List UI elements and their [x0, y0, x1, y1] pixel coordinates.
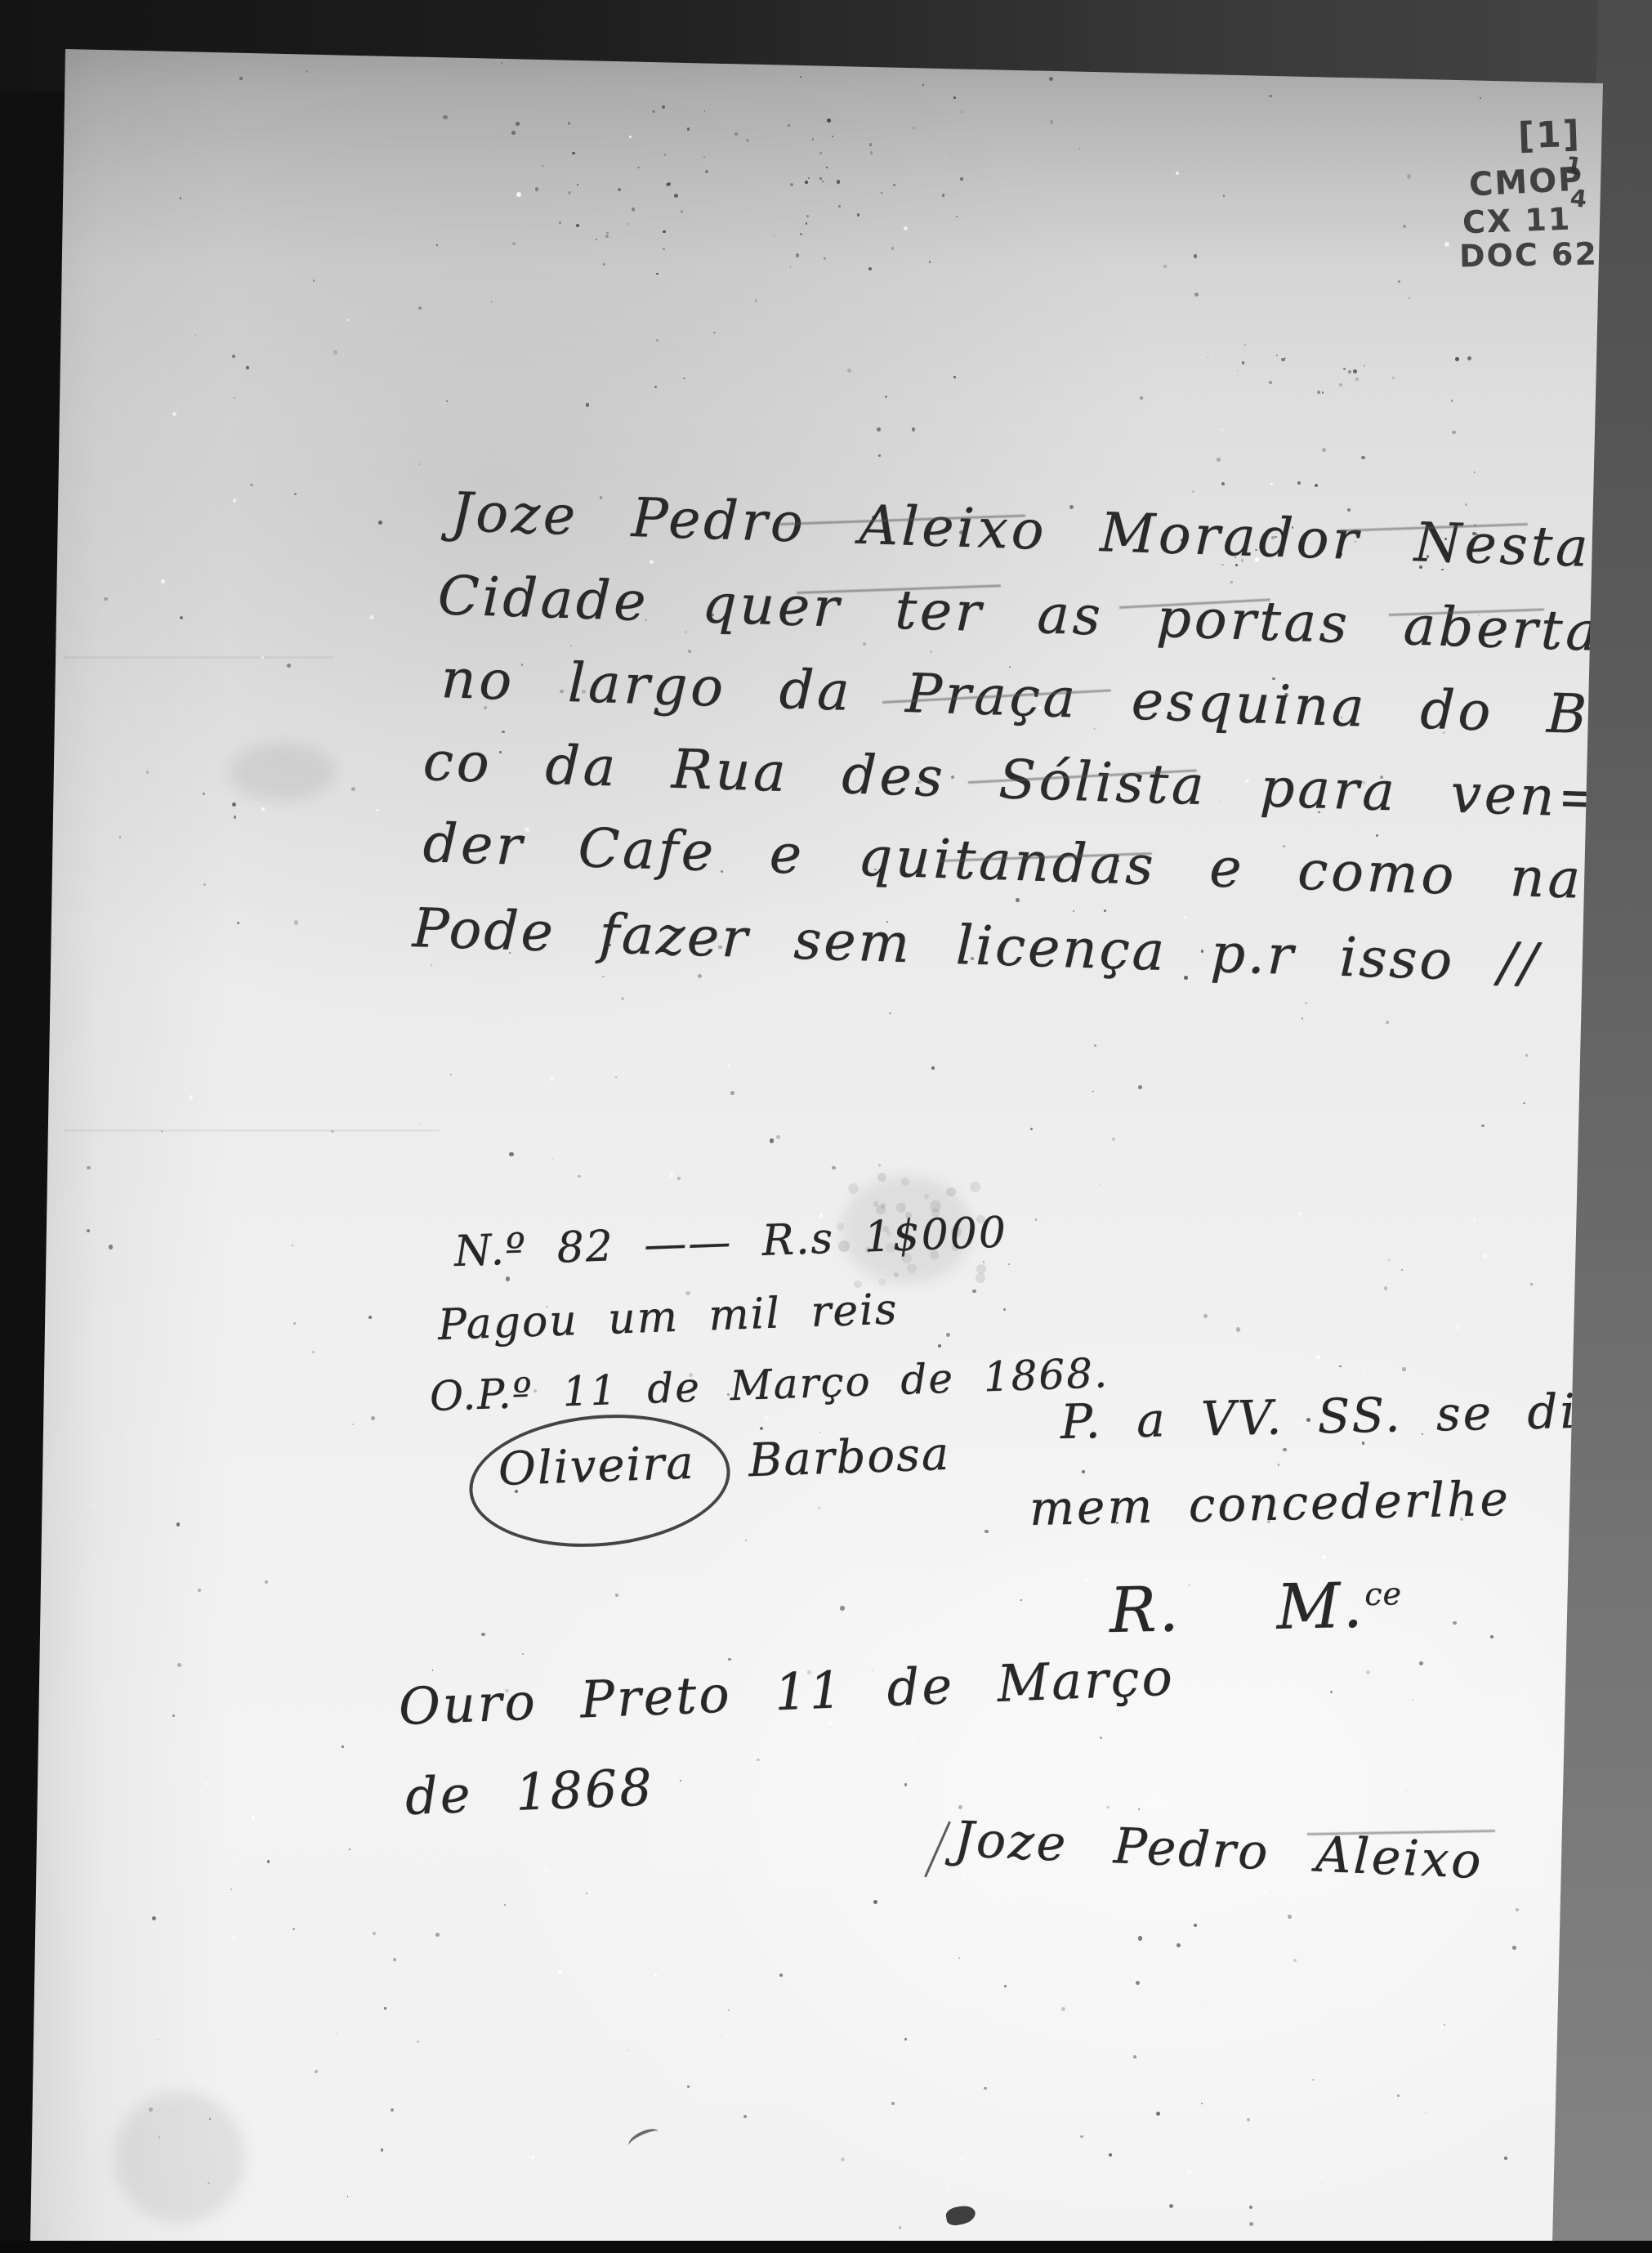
noise-speck: [1156, 2112, 1160, 2116]
noise-speck: [838, 205, 841, 208]
noise-speck: [728, 1658, 731, 1661]
noise-speck: [728, 2009, 730, 2011]
noise-speck: [961, 2157, 964, 2161]
noise-speck: [1138, 1936, 1142, 1940]
noise-speck: [435, 1933, 440, 1937]
noise-speck: [664, 154, 667, 156]
noise-speck: [371, 1416, 375, 1420]
noise-speck: [572, 152, 575, 155]
noise-speck: [770, 1138, 774, 1142]
noise-speck: [1317, 391, 1320, 394]
noise-speck: [1176, 1943, 1181, 1947]
noise-speck: [1388, 1259, 1390, 1261]
noise-speck: [904, 226, 908, 230]
noise-speck: [1364, 1372, 1365, 1374]
noise-speck: [1315, 484, 1318, 487]
noise-speck: [198, 1589, 201, 1592]
noise-speck: [946, 1333, 950, 1337]
noise-speck: [545, 1867, 549, 1871]
noise-speck: [1106, 1806, 1109, 1808]
noise-speck: [812, 138, 815, 141]
noise-speck: [315, 2070, 318, 2073]
noise-speck: [159, 2136, 161, 2139]
noise-speck: [730, 1091, 734, 1094]
noise-speck: [418, 306, 422, 310]
scan-background-bottom: [0, 2241, 1652, 2253]
noise-speck: [1403, 225, 1406, 228]
noise-speck: [757, 1759, 760, 1762]
noise-speck: [790, 266, 792, 268]
noise-speck: [1474, 472, 1476, 473]
noise-speck: [1244, 344, 1246, 346]
noise-speck: [680, 1780, 681, 1781]
noise-speck: [857, 213, 860, 217]
noise-speck: [293, 1322, 295, 1324]
dispatch-closing: R. M.ce: [1109, 1568, 1403, 1647]
noise-speck: [1003, 1308, 1006, 1311]
noise-speck: [713, 332, 715, 333]
noise-speck: [92, 1504, 94, 1506]
noise-speck: [347, 2196, 349, 2197]
closing-abbreviation: R. M.: [1109, 1568, 1365, 1647]
noise-speck: [615, 1594, 618, 1597]
noise-speck: [1465, 503, 1468, 507]
noise-speck: [512, 242, 516, 245]
noise-speck: [535, 187, 538, 190]
noise-speck: [172, 412, 176, 416]
noise-speck: [203, 883, 206, 886]
noise-speck: [1270, 483, 1273, 485]
noise-speck: [349, 1848, 350, 1850]
noise-speck: [600, 2159, 602, 2161]
noise-speck: [149, 2108, 153, 2112]
noise-speck: [491, 301, 493, 302]
noise-speck: [1305, 1002, 1307, 1004]
noise-speck: [663, 248, 665, 250]
noise-speck: [1187, 2170, 1191, 2174]
place-date-line-2: de 1868: [404, 1757, 655, 1826]
noise-speck: [1016, 898, 1020, 902]
noise-speck: [667, 182, 671, 186]
noise-speck: [970, 1182, 981, 1193]
noise-speck: [261, 656, 264, 659]
noise-speck: [958, 1957, 960, 1959]
noise-speck: [516, 122, 520, 126]
noise-speck: [418, 463, 420, 465]
noise-speck: [1401, 1269, 1403, 1271]
noise-speck: [976, 1264, 986, 1274]
noise-speck: [1322, 391, 1324, 393]
noise-speck: [893, 184, 895, 186]
noise-speck: [808, 177, 810, 179]
noise-speck: [554, 2137, 556, 2139]
noise-speck: [1281, 358, 1284, 361]
noise-speck: [894, 1272, 899, 1277]
noise-speck: [929, 261, 931, 263]
noise-speck: [924, 1194, 929, 1199]
noise-speck: [443, 115, 447, 119]
noise-speck: [1444, 2024, 1445, 2026]
noise-speck: [656, 339, 659, 342]
noise-speck: [1467, 356, 1471, 360]
noise-speck: [1163, 265, 1167, 268]
noise-speck: [230, 1889, 232, 1890]
scan-noise: [0, 0, 1652, 2253]
noise-speck: [1490, 1635, 1493, 1638]
noise-speck: [237, 922, 239, 924]
noise-speck: [602, 976, 604, 977]
noise-speck: [790, 183, 794, 187]
noise-speck: [119, 836, 122, 838]
noise-speck: [1504, 2157, 1507, 2160]
noise-speck: [603, 263, 605, 266]
noise-speck: [827, 118, 831, 123]
noise-speck: [1206, 2004, 1208, 2005]
noise-speck: [1136, 1981, 1140, 1985]
noise-speck: [1512, 1946, 1516, 1950]
noise-speck: [1283, 1448, 1287, 1452]
noise-speck: [1455, 1325, 1459, 1330]
noise-speck: [776, 1135, 780, 1139]
noise-speck: [109, 1245, 113, 1249]
noise-speck: [704, 110, 706, 112]
noise-speck: [1201, 2103, 1203, 2104]
noise-speck: [806, 222, 808, 225]
noise-speck: [550, 1077, 554, 1081]
noise-speck: [176, 1522, 180, 1526]
noise-speck: [516, 192, 521, 197]
noise-speck: [881, 192, 882, 194]
noise-speck: [1263, 1891, 1267, 1895]
noise-speck: [1221, 429, 1223, 431]
noise-speck: [1247, 2118, 1250, 2121]
noise-speck: [559, 221, 560, 223]
noise-speck: [1079, 148, 1081, 150]
noise-speck: [1100, 1184, 1101, 1186]
noise-speck: [1343, 368, 1346, 370]
noise-speck: [1361, 456, 1365, 460]
noise-speck: [1073, 910, 1074, 912]
noise-speck: [352, 1424, 355, 1426]
noise-speck: [246, 366, 249, 369]
noise-speck: [294, 493, 297, 495]
noise-speck: [1376, 834, 1378, 837]
noise-speck: [847, 369, 851, 373]
dispatch-line-2: mem concederlhe: [1029, 1471, 1511, 1536]
noise-speck: [1223, 194, 1226, 197]
noise-speck: [687, 127, 690, 130]
noise-speck: [1049, 77, 1053, 81]
noise-speck: [294, 920, 298, 924]
noise-speck: [1397, 2094, 1400, 2097]
noise-speck: [1203, 1314, 1208, 1318]
noise-speck: [1312, 2079, 1315, 2081]
noise-speck: [250, 484, 252, 486]
noise-speck: [911, 1737, 914, 1741]
noise-speck: [681, 210, 683, 212]
noise-speck: [1084, 1579, 1088, 1583]
noise-speck: [734, 132, 738, 136]
noise-speck: [841, 2157, 845, 2161]
noise-speck: [863, 642, 866, 646]
noise-speck: [87, 1229, 90, 1232]
noise-speck: [180, 616, 184, 620]
noise-speck: [806, 215, 809, 217]
noise-speck: [1269, 95, 1272, 98]
noise-speck: [1169, 2204, 1173, 2208]
noise-speck: [956, 216, 958, 218]
noise-speck: [605, 235, 609, 238]
noise-speck: [743, 2115, 747, 2118]
noise-speck: [232, 802, 236, 807]
noise-speck: [1184, 916, 1186, 919]
noise-speck: [205, 1782, 208, 1786]
noise-speck: [1082, 1470, 1085, 1473]
noise-speck: [511, 131, 516, 135]
noise-speck: [1100, 1737, 1102, 1739]
noise-speck: [1402, 1367, 1405, 1370]
noise-speck: [172, 1714, 176, 1718]
noise-speck: [942, 194, 945, 197]
paper-sheet: [1] CMOP 1 4 CX 11 DOC 62 Joze Pedro Ale…: [0, 0, 1652, 2253]
noise-speck: [1176, 172, 1179, 175]
noise-speck: [946, 1187, 956, 1197]
noise-speck: [1298, 1211, 1302, 1215]
noise-speck: [629, 136, 632, 138]
noise-speck: [1288, 1915, 1292, 1919]
noise-speck: [904, 1783, 908, 1786]
noise-speck: [984, 2087, 986, 2090]
noise-speck: [558, 1970, 561, 1974]
noise-speck: [1316, 1355, 1320, 1359]
noise-speck: [234, 397, 236, 400]
noise-speck: [688, 650, 691, 653]
noise-speck: [1384, 1286, 1388, 1290]
noise-speck: [189, 1095, 194, 1100]
noise-speck: [1092, 1091, 1094, 1093]
noise-speck: [1322, 448, 1326, 452]
noise-speck: [1140, 396, 1143, 400]
noise-speck: [615, 1076, 617, 1078]
noise-speck: [1020, 1599, 1022, 1601]
noise-speck: [252, 1816, 255, 1819]
noise-speck: [146, 771, 150, 774]
noise-speck: [1525, 1054, 1528, 1057]
noise-speck: [901, 1178, 909, 1186]
noise-speck: [1138, 1808, 1140, 1810]
noise-speck: [1392, 377, 1395, 379]
noise-speck: [1030, 1128, 1033, 1130]
noise-speck: [669, 1173, 674, 1178]
noise-speck: [878, 454, 881, 457]
noise-speck: [1242, 361, 1244, 364]
noise-speck: [764, 1416, 767, 1419]
noise-speck: [953, 96, 956, 99]
noise-speck: [436, 244, 438, 246]
noise-speck: [1194, 1924, 1197, 1927]
noise-speck: [1455, 357, 1459, 361]
noise-speck: [1407, 174, 1411, 178]
noise-speck: [958, 1805, 962, 1809]
noise-speck: [1302, 1017, 1303, 1019]
noise-speck: [203, 793, 205, 795]
noise-speck: [446, 400, 448, 402]
noise-speck: [891, 2102, 895, 2105]
noise-speck: [627, 2050, 628, 2051]
noise-speck: [826, 167, 828, 168]
noise-speck: [596, 239, 597, 240]
noise-speck: [1516, 1908, 1519, 1911]
noise-speck: [1230, 581, 1233, 583]
noise-speck: [930, 650, 932, 653]
noise-speck: [779, 1974, 783, 1977]
noise-speck: [633, 211, 635, 212]
noise-speck: [1004, 1985, 1007, 1987]
noise-speck: [373, 1932, 376, 1935]
noise-speck: [972, 1290, 976, 1293]
noise-speck: [208, 2182, 210, 2184]
noise-speck: [621, 997, 624, 1000]
noise-speck: [384, 2007, 386, 2009]
noise-speck: [822, 181, 824, 182]
noise-speck: [1409, 297, 1410, 299]
noise-speck: [985, 1530, 989, 1534]
noise-speck: [1035, 1218, 1037, 1220]
noise-speck: [346, 319, 349, 321]
noise-speck: [336, 2033, 337, 2035]
noise-speck: [531, 2156, 534, 2159]
noise-speck: [231, 1935, 234, 1938]
noise-speck: [420, 1124, 422, 1125]
noise-speck: [586, 403, 589, 406]
noise-speck: [1426, 2112, 1427, 2113]
noise-speck: [654, 386, 657, 388]
noise-speck: [1412, 1699, 1413, 1701]
noise-speck: [261, 807, 265, 811]
noise-speck: [1322, 1555, 1326, 1559]
noise-speck: [663, 230, 665, 233]
noise-speck: [654, 1974, 656, 1976]
noise-speck: [837, 180, 840, 183]
noise-speck: [1208, 357, 1209, 359]
noise-speck: [1480, 97, 1481, 99]
noise-speck: [152, 1916, 156, 1920]
noise-speck: [727, 1064, 730, 1066]
noise-speck: [818, 1507, 820, 1509]
noise-speck: [726, 2035, 727, 2036]
noise-speck: [983, 1261, 985, 1263]
noise-speck: [1109, 2153, 1112, 2157]
noise-speck: [637, 167, 639, 168]
noise-speck: [824, 257, 826, 260]
noise-speck: [509, 1152, 513, 1156]
noise-speck: [949, 154, 951, 156]
noise-speck: [746, 139, 749, 142]
noise-speck: [177, 1663, 181, 1667]
noise-speck: [331, 1130, 334, 1133]
noise-speck: [313, 279, 315, 281]
noise-speck: [1398, 280, 1400, 283]
noise-speck: [1276, 355, 1278, 356]
noise-speck: [891, 247, 895, 250]
noise-speck: [381, 2148, 384, 2152]
noise-speck: [1133, 2055, 1136, 2058]
noise-speck: [1348, 370, 1351, 373]
noise-speck: [333, 350, 337, 354]
stamp-fraction-denominator: 4: [1569, 184, 1590, 213]
noise-speck: [1473, 1219, 1476, 1222]
noise-speck: [576, 224, 579, 227]
noise-speck: [265, 1580, 268, 1584]
scanned-manuscript-page: [1] CMOP 1 4 CX 11 DOC 62 Joze Pedro Ale…: [0, 0, 1652, 2253]
noise-speck: [755, 299, 757, 302]
noise-speck: [953, 376, 956, 378]
noise-speck: [369, 615, 374, 620]
noise-speck: [745, 1540, 747, 1541]
noise-speck: [462, 2076, 463, 2077]
noise-speck: [1355, 378, 1359, 381]
noise-speck: [1451, 400, 1453, 402]
clerk-signature-last: Barbosa: [748, 1428, 951, 1488]
noise-speck: [306, 70, 308, 73]
noise-speck: [828, 1721, 833, 1725]
noise-speck: [180, 197, 181, 199]
noise-speck: [698, 974, 702, 978]
noise-speck: [577, 184, 578, 186]
noise-speck: [342, 1746, 345, 1749]
noise-speck: [873, 1900, 877, 1904]
noise-speck: [1353, 369, 1357, 373]
noise-speck: [618, 188, 621, 191]
noise-speck: [1237, 370, 1239, 372]
noise-speck: [161, 1130, 163, 1133]
noise-speck: [976, 1273, 985, 1283]
noise-speck: [904, 2038, 906, 2040]
noise-speck: [431, 964, 432, 966]
noise-speck: [899, 2226, 901, 2228]
noise-speck: [287, 664, 291, 668]
stamp-document-label: DOC 62: [1459, 236, 1599, 275]
noise-speck: [687, 2085, 690, 2088]
closing-superscript: ce: [1364, 1576, 1403, 1612]
noise-speck: [368, 1316, 372, 1319]
noise-speck: [87, 1166, 91, 1170]
noise-speck: [1293, 1959, 1297, 1962]
noise-speck: [1297, 481, 1301, 485]
noise-speck: [1194, 293, 1199, 297]
noise-speck: [1061, 2007, 1065, 2011]
noise-speck: [501, 62, 502, 64]
noise-speck: [800, 76, 801, 78]
noise-speck: [848, 1183, 859, 1194]
noise-speck: [1112, 1138, 1115, 1141]
noise-speck: [330, 1634, 332, 1635]
noise-speck: [674, 194, 678, 198]
stamp-box-label: CX 11: [1462, 201, 1572, 241]
noise-speck: [652, 110, 654, 113]
noise-speck: [628, 223, 630, 225]
noise-speck: [922, 84, 924, 86]
noise-speck: [391, 2108, 394, 2112]
noise-speck: [606, 232, 608, 234]
noise-speck: [1194, 254, 1197, 257]
noise-speck: [1419, 1661, 1423, 1665]
noise-speck: [1278, 1464, 1279, 1465]
noise-speck: [1452, 431, 1456, 435]
noise-speck: [683, 378, 685, 379]
noise-speck: [1050, 120, 1054, 124]
noise-speck: [376, 809, 378, 811]
